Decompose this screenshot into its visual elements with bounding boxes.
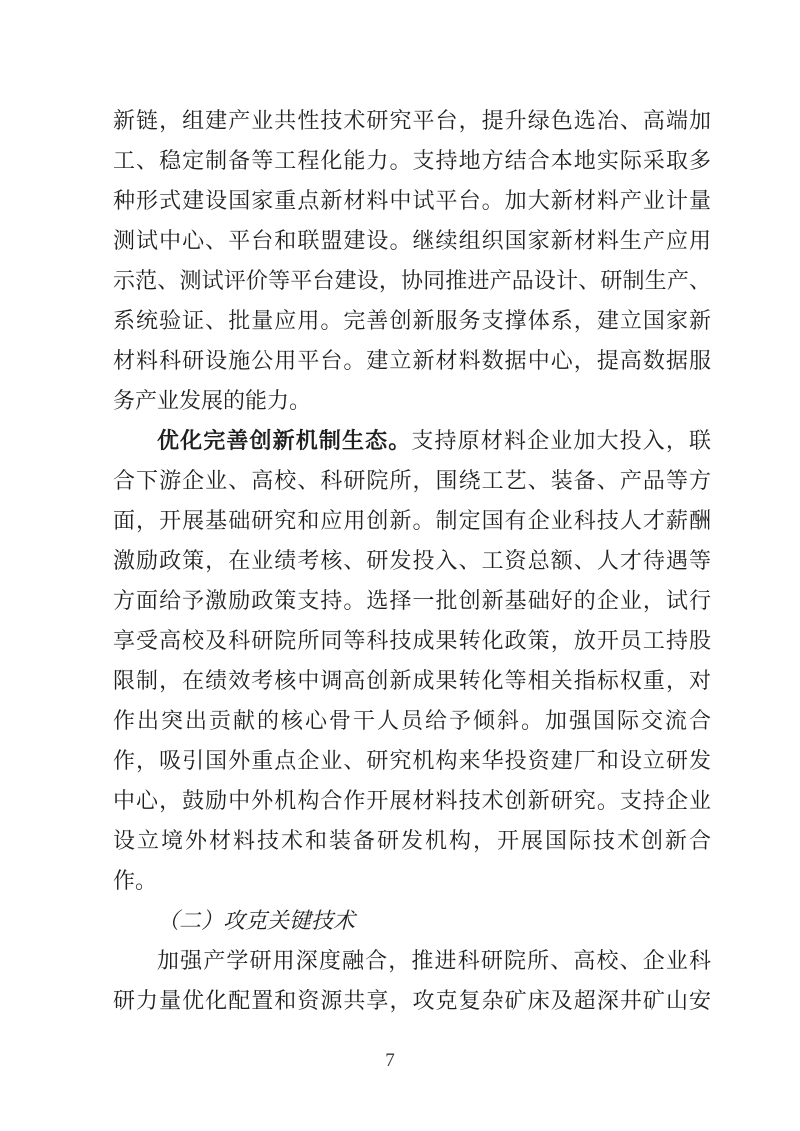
text-run: 系统验证、批量应用。完善创新服务支撑体系，建立国家新 [113, 308, 711, 333]
text-run: 示范、测试评价等平台建设，协同推进产品设计、研制生产、 [113, 268, 711, 293]
text-run: 合下游企业、高校、科研院所，围绕工艺、装备、产品等方 [113, 468, 711, 493]
text-line: 测试中心、平台和联盟建设。继续组织国家新材料生产应用 [113, 221, 711, 261]
text-line: 务产业发展的能力。 [113, 381, 711, 421]
text-run: 测试中心、平台和联盟建设。继续组织国家新材料生产应用 [113, 228, 711, 253]
text-run: 务产业发展的能力。 [113, 388, 311, 413]
text-line: 中心，鼓励中外机构合作开展材料技术创新研究。支持企业 [113, 781, 711, 821]
text-line: 优化完善创新机制生态。支持原材料企业加大投入，联 [113, 421, 711, 461]
text-line: 系统验证、批量应用。完善创新服务支撑体系，建立国家新 [113, 301, 711, 341]
text-run: 作，吸引国外重点企业、研究机构来华投资建厂和设立研发 [113, 748, 711, 773]
text-line: 享受高校及科研院所同等科技成果转化政策，放开员工持股 [113, 621, 711, 661]
text-run: 新链，组建产业共性技术研究平台，提升绿色选冶、高端加 [113, 108, 711, 133]
text-run: 支持原材料企业加大投入，联 [411, 428, 711, 453]
text-line: 研力量优化配置和资源共享，攻克复杂矿床及超深井矿山安 [113, 981, 711, 1021]
text-line: 材料科研设施公用平台。建立新材料数据中心，提高数据服 [113, 341, 711, 381]
text-run: 面，开展基础研究和应用创新。制定国有企业科技人才薪酬 [113, 508, 711, 533]
text-block: 新链，组建产业共性技术研究平台，提升绿色选冶、高端加工、稳定制备等工程化能力。支… [113, 101, 711, 1021]
text-run: 研力量优化配置和资源共享，攻克复杂矿床及超深井矿山安 [113, 988, 711, 1013]
text-line: 面，开展基础研究和应用创新。制定国有企业科技人才薪酬 [113, 501, 711, 541]
text-line: 作出突出贡献的核心骨干人员给予倾斜。加强国际交流合 [113, 701, 711, 741]
text-run: （二）攻克关键技术 [157, 908, 355, 933]
text-run: 享受高校及科研院所同等科技成果转化政策，放开员工持股 [113, 628, 711, 653]
text-run: 方面给予激励政策支持。选择一批创新基础好的企业，试行 [113, 588, 711, 613]
text-run: 种形式建设国家重点新材料中试平台。加大新材料产业计量 [113, 188, 711, 213]
text-line: 设立境外材料技术和装备研发机构，开展国际技术创新合 [113, 821, 711, 861]
text-line: 方面给予激励政策支持。选择一批创新基础好的企业，试行 [113, 581, 711, 621]
text-line: 限制，在绩效考核中调高创新成果转化等相关指标权重，对 [113, 661, 711, 701]
text-line: 激励政策，在业绩考核、研发投入、工资总额、人才待遇等 [113, 541, 711, 581]
text-run: 加强产学研用深度融合，推进科研院所、高校、企业科 [157, 948, 711, 973]
document-page: 新链，组建产业共性技术研究平台，提升绿色选冶、高端加工、稳定制备等工程化能力。支… [0, 0, 800, 1131]
text-run: 作。 [113, 868, 157, 893]
text-run: 设立境外材料技术和装备研发机构，开展国际技术创新合 [113, 828, 711, 853]
text-run: 激励政策，在业绩考核、研发投入、工资总额、人才待遇等 [113, 548, 711, 573]
text-line: 工、稳定制备等工程化能力。支持地方结合本地实际采取多 [113, 141, 711, 181]
text-line: 合下游企业、高校、科研院所，围绕工艺、装备、产品等方 [113, 461, 711, 501]
text-run: 作出突出贡献的核心骨干人员给予倾斜。加强国际交流合 [113, 708, 711, 733]
text-line: 种形式建设国家重点新材料中试平台。加大新材料产业计量 [113, 181, 711, 221]
bold-run: 优化完善创新机制生态。 [157, 428, 411, 453]
text-line: 作，吸引国外重点企业、研究机构来华投资建厂和设立研发 [113, 741, 711, 781]
text-run: 限制，在绩效考核中调高创新成果转化等相关指标权重，对 [113, 668, 711, 693]
section-heading: （二）攻克关键技术 [113, 901, 711, 941]
text-run: 中心，鼓励中外机构合作开展材料技术创新研究。支持企业 [113, 788, 711, 813]
text-line: 示范、测试评价等平台建设，协同推进产品设计、研制生产、 [113, 261, 711, 301]
text-run: 工、稳定制备等工程化能力。支持地方结合本地实际采取多 [113, 148, 711, 173]
text-run: 材料科研设施公用平台。建立新材料数据中心，提高数据服 [113, 348, 711, 373]
page-number: 7 [385, 1050, 395, 1071]
text-line: 作。 [113, 861, 711, 901]
text-line: 新链，组建产业共性技术研究平台，提升绿色选冶、高端加 [113, 101, 711, 141]
text-line: 加强产学研用深度融合，推进科研院所、高校、企业科 [113, 941, 711, 981]
page-footer: 7 [0, 1050, 780, 1072]
